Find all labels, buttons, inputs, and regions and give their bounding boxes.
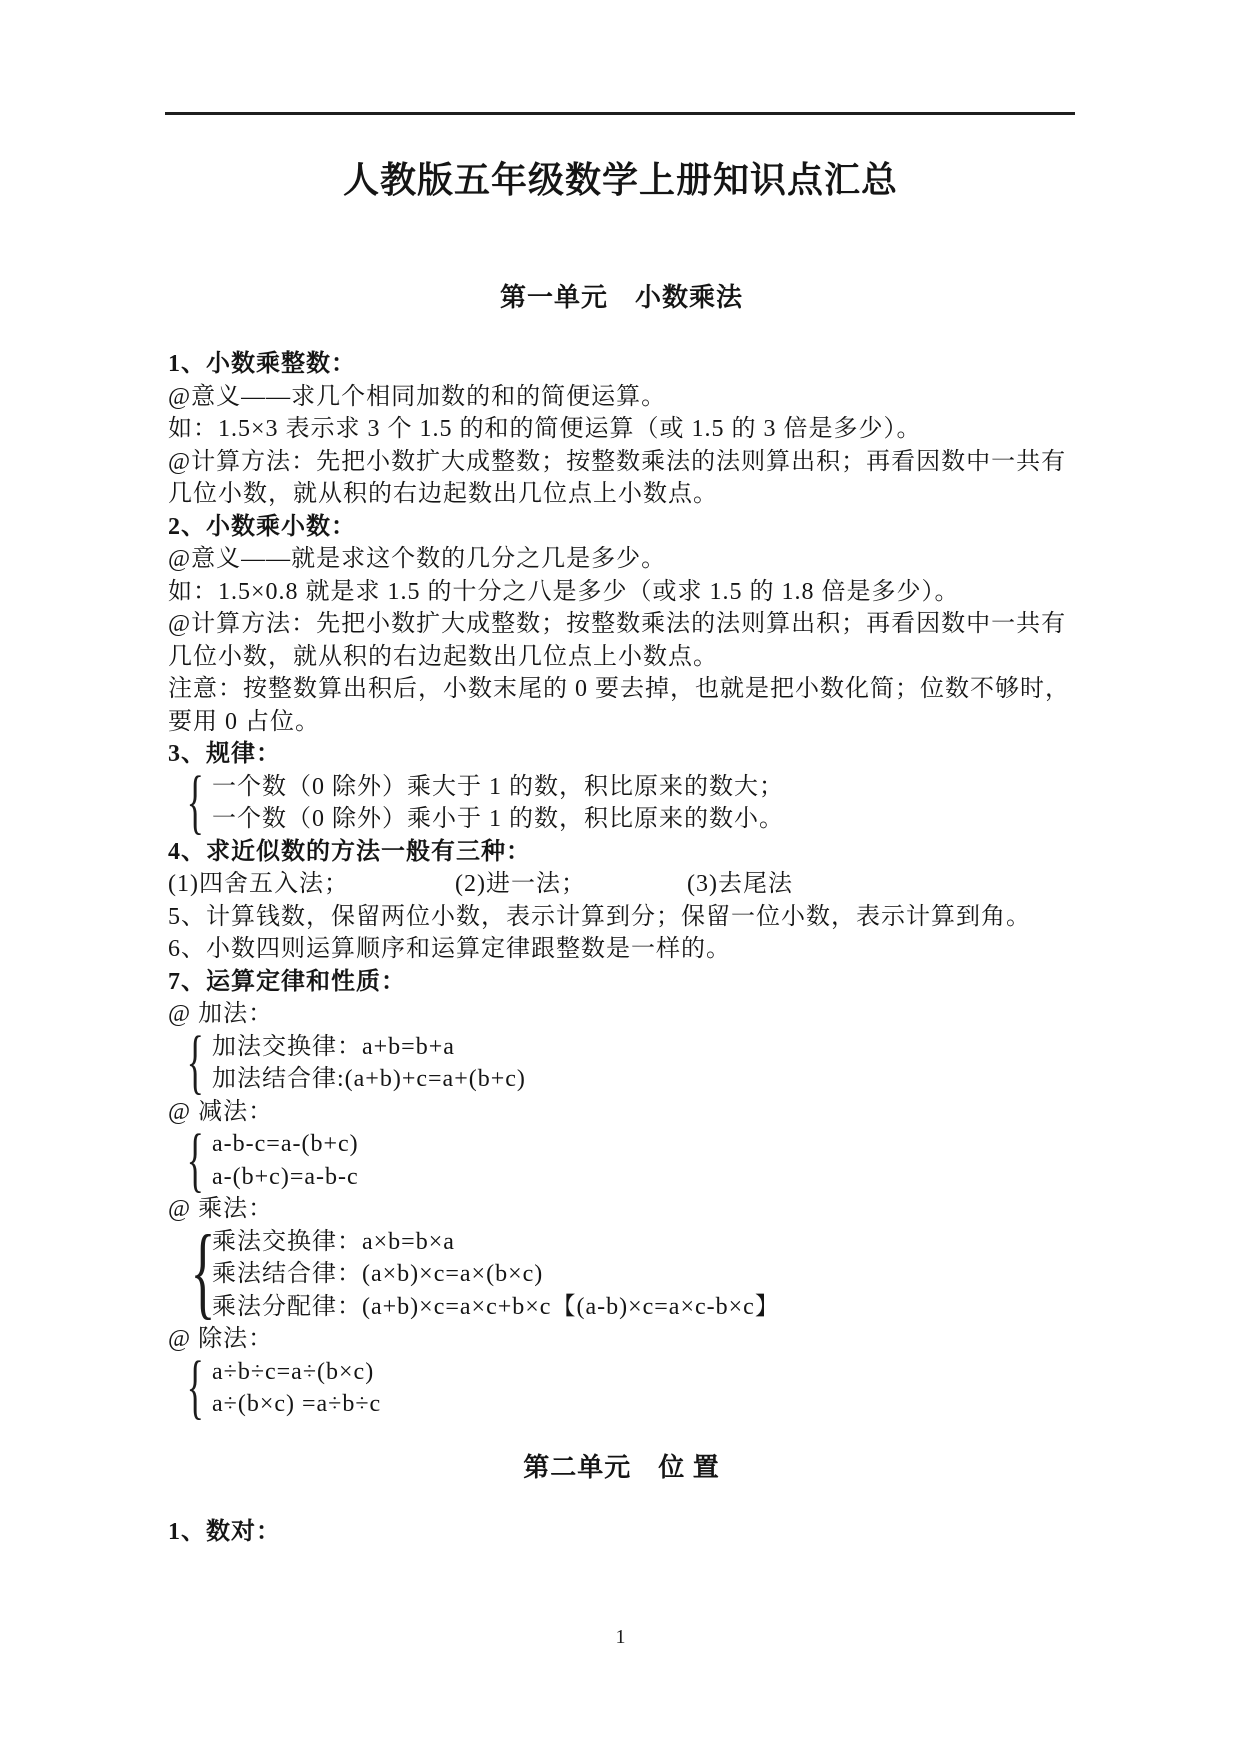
text-line: @ 除法： xyxy=(168,1323,1075,1356)
formula-line: 乘法结合律：(a×b)×c=a×(b×c) xyxy=(212,1258,1075,1291)
document-page: 人教版五年级数学上册知识点汇总 第一单元 小数乘法1、小数乘整数：@意义——求几… xyxy=(0,0,1241,1754)
topic-heading: 3、规律： xyxy=(168,738,1075,771)
brace-group: {一个数（0 除外）乘大于 1 的数，积比原来的数大；一个数（0 除外）乘小于 … xyxy=(168,771,1075,836)
document-title: 人教版五年级数学上册知识点汇总 xyxy=(0,159,1241,201)
text-line: @ 减法： xyxy=(168,1096,1075,1129)
text-line: @计算方法：先把小数扩大成整数；按整数乘法的法则算出积；再看因数中一共有 xyxy=(168,446,1075,479)
text-line: @意义——求几个相同加数的和的简便运算。 xyxy=(168,381,1075,414)
brace-lines: a-b-c=a-(b+c)a-(b+c)=a-b-c xyxy=(212,1128,1075,1193)
text-line: @意义——就是求这个数的几分之几是多少。 xyxy=(168,543,1075,576)
method-option: (1)四舍五入法； xyxy=(168,868,455,901)
method-options-line: (1)四舍五入法；(2)进一法；(3)去尾法 xyxy=(168,868,1075,901)
brace-lines: 一个数（0 除外）乘大于 1 的数，积比原来的数大；一个数（0 除外）乘小于 1… xyxy=(212,771,1075,836)
text-line: 几位小数，就从积的右边起数出几位点上小数点。 xyxy=(168,641,1075,674)
text-line: 要用 0 占位。 xyxy=(168,706,1075,739)
left-brace-icon: { xyxy=(187,766,204,838)
left-brace-icon: { xyxy=(187,1351,204,1423)
text-line: 5、计算钱数，保留两位小数，表示计算到分；保留一位小数，表示计算到角。 xyxy=(168,901,1075,934)
section-heading: 第二单元 位 置 xyxy=(168,1452,1075,1484)
topic-heading: 7、运算定律和性质： xyxy=(168,966,1075,999)
text-line: 注意：按整数算出积后，小数末尾的 0 要去掉，也就是把小数化简；位数不够时， xyxy=(168,673,1075,706)
section-heading: 第一单元 小数乘法 xyxy=(168,282,1075,314)
section-body: 1、数对： xyxy=(168,1516,1075,1549)
topic-heading: 4、求近似数的方法一般有三种： xyxy=(168,836,1075,869)
topic-heading: 1、数对： xyxy=(168,1516,1075,1549)
brace-lines: a÷b÷c=a÷(b×c)a÷(b×c) =a÷b÷c xyxy=(212,1356,1075,1421)
section-body: 1、小数乘整数：@意义——求几个相同加数的和的简便运算。如：1.5×3 表示求 … xyxy=(168,348,1075,1421)
left-brace-icon: { xyxy=(190,1220,215,1324)
formula-line: a-(b+c)=a-b-c xyxy=(212,1161,1075,1194)
brace-group: {a-b-c=a-(b+c)a-(b+c)=a-b-c xyxy=(168,1128,1075,1193)
text-line: 几位小数，就从积的右边起数出几位点上小数点。 xyxy=(168,478,1075,511)
formula-line: 乘法分配律：(a+b)×c=a×c+b×c【(a-b)×c=a×c-b×c】 xyxy=(212,1291,1075,1324)
left-brace-icon: { xyxy=(187,1026,204,1098)
formula-line: 加法交换律：a+b=b+a xyxy=(212,1031,1075,1064)
section: 第二单元 位 置1、数对： xyxy=(168,1452,1075,1549)
brace-group: {a÷b÷c=a÷(b×c)a÷(b×c) =a÷b÷c xyxy=(168,1356,1075,1421)
method-option: (3)去尾法 xyxy=(687,868,793,901)
text-line: @ 乘法： xyxy=(168,1193,1075,1226)
topic-heading: 1、小数乘整数： xyxy=(168,348,1075,381)
formula-line: 乘法交换律：a×b=b×a xyxy=(212,1226,1075,1259)
brace-group: {加法交换律：a+b=b+a加法结合律:(a+b)+c=a+(b+c) xyxy=(168,1031,1075,1096)
text-line: 如：1.5×0.8 就是求 1.5 的十分之八是多少（或求 1.5 的 1.8 … xyxy=(168,576,1075,609)
brace-lines: 乘法交换律：a×b=b×a乘法结合律：(a×b)×c=a×(b×c)乘法分配律：… xyxy=(212,1226,1075,1324)
text-line: @计算方法：先把小数扩大成整数；按整数乘法的法则算出积；再看因数中一共有 xyxy=(168,608,1075,641)
formula-line: 加法结合律:(a+b)+c=a+(b+c) xyxy=(212,1063,1075,1096)
text-line: @ 加法： xyxy=(168,998,1075,1031)
formula-line: 一个数（0 除外）乘大于 1 的数，积比原来的数大； xyxy=(212,771,1075,804)
formula-line: 一个数（0 除外）乘小于 1 的数，积比原来的数小。 xyxy=(212,803,1075,836)
brace-lines: 加法交换律：a+b=b+a加法结合律:(a+b)+c=a+(b+c) xyxy=(212,1031,1075,1096)
header-rule xyxy=(165,112,1075,115)
topic-heading: 2、小数乘小数： xyxy=(168,511,1075,544)
text-line: 如：1.5×3 表示求 3 个 1.5 的和的简便运算（或 1.5 的 3 倍是… xyxy=(168,413,1075,446)
formula-line: a-b-c=a-(b+c) xyxy=(212,1128,1075,1161)
section: 第一单元 小数乘法1、小数乘整数：@意义——求几个相同加数的和的简便运算。如：1… xyxy=(168,282,1075,1421)
text-line: 6、小数四则运算顺序和运算定律跟整数是一样的。 xyxy=(168,933,1075,966)
brace-group: {乘法交换律：a×b=b×a乘法结合律：(a×b)×c=a×(b×c)乘法分配律… xyxy=(168,1226,1075,1324)
formula-line: a÷b÷c=a÷(b×c) xyxy=(212,1356,1075,1389)
left-brace-icon: { xyxy=(187,1123,204,1195)
formula-line: a÷(b×c) =a÷b÷c xyxy=(212,1388,1075,1421)
method-option: (2)进一法； xyxy=(455,868,687,901)
sections: 第一单元 小数乘法1、小数乘整数：@意义——求几个相同加数的和的简便运算。如：1… xyxy=(168,282,1075,1548)
page-number: 1 xyxy=(0,1624,1241,1650)
